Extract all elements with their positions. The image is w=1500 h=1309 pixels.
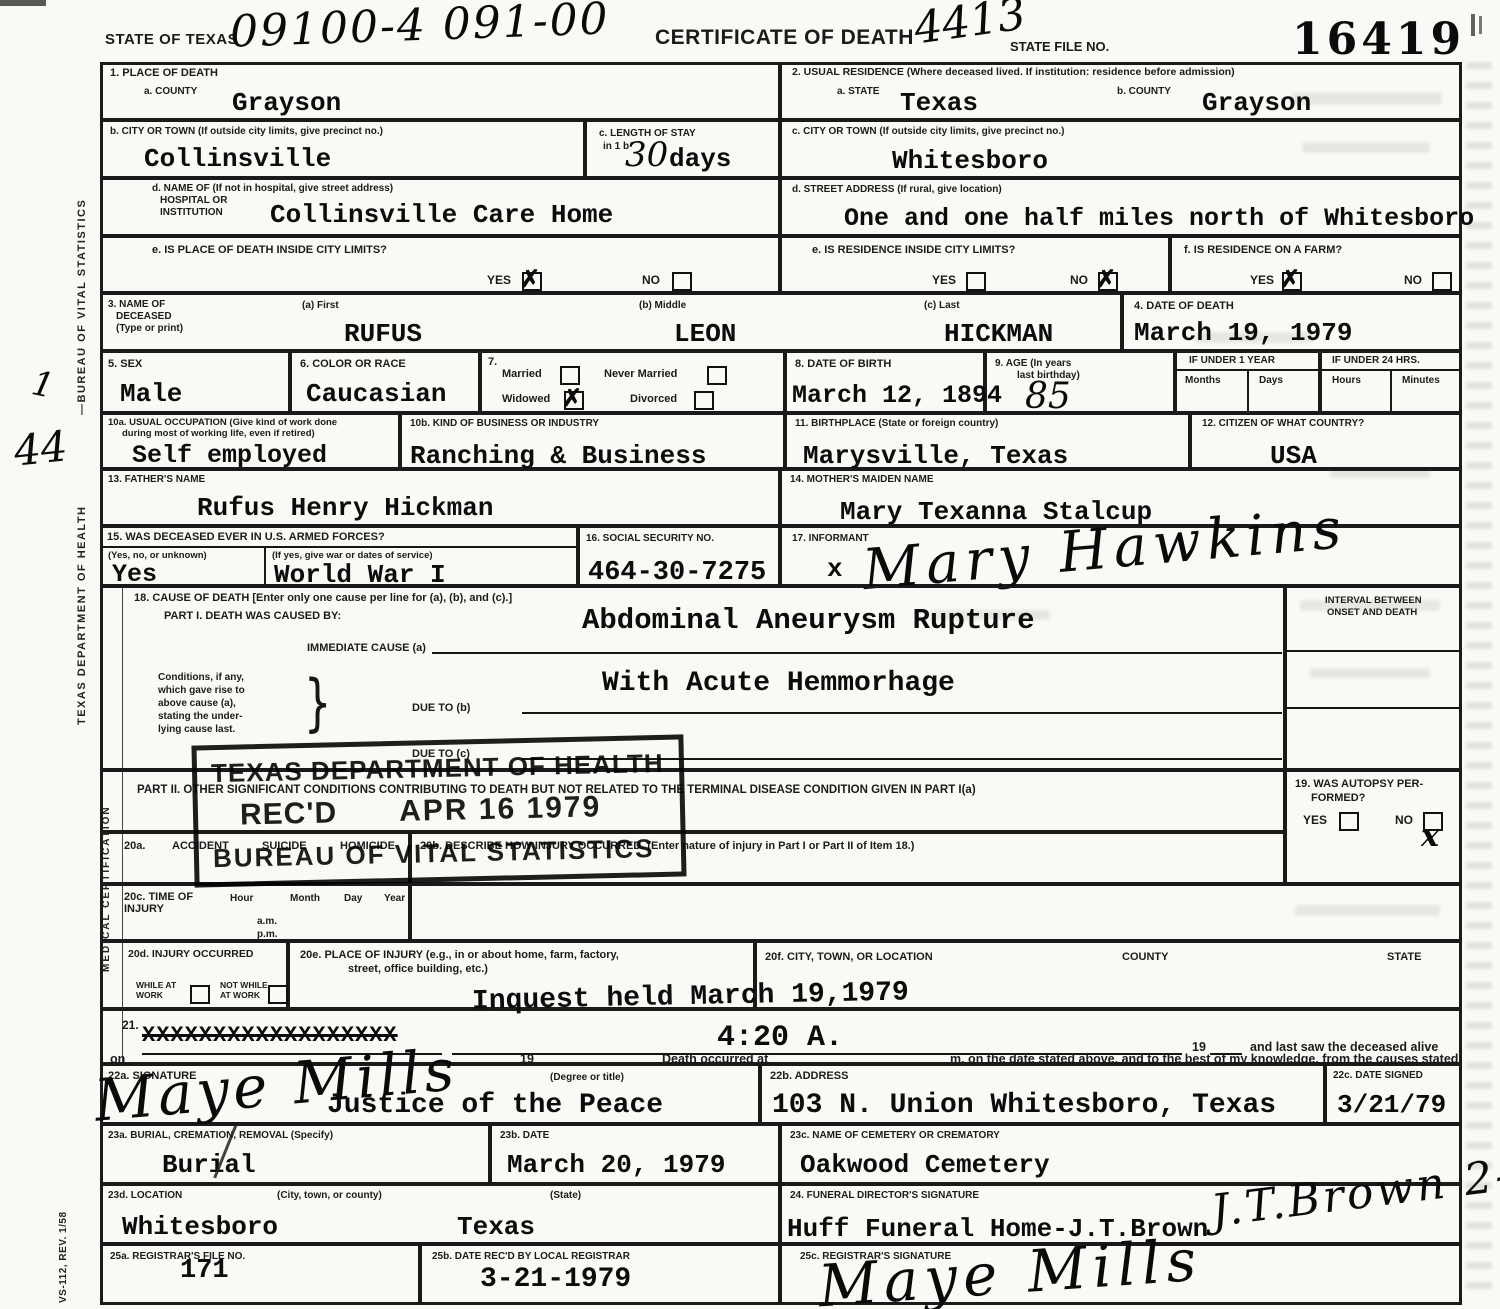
injury-city-label: 20f. CITY, TOWN, OR LOCATION: [765, 951, 933, 963]
burial-date-label: 23b. DATE: [500, 1130, 549, 1141]
field-date-of-death: 4. DATE OF DEATH March 19, 1979: [1122, 293, 1462, 351]
sex-value: Male: [120, 381, 182, 407]
field-place-of-death: 1. PLACE OF DEATH a. COUNTY Grayson: [100, 62, 780, 120]
yes-label: YES: [487, 274, 511, 287]
divider: [264, 546, 266, 584]
month-label: Month: [290, 893, 320, 904]
state-of-texas-label: STATE OF TEXAS: [105, 32, 238, 49]
checkbox-widowed: ✗: [564, 391, 584, 410]
not-while-label-1: NOT WHILE: [220, 981, 268, 990]
field-if-under-24-hrs: IF UNDER 24 HRS. Hours Minutes: [1320, 351, 1462, 413]
margin-bureau-label: —BUREAU OF VITAL STATISTICS: [76, 95, 88, 415]
residence-county-label: b. COUNTY: [1117, 86, 1171, 97]
county-label: a. COUNTY: [144, 86, 197, 97]
stamp-recd-label: REC'D: [240, 796, 338, 832]
registrar-file-no-value: 171: [180, 1258, 229, 1285]
field-street-address: d. STREET ADDRESS (If rural, give locati…: [780, 178, 1462, 236]
field-residence-city: c. CITY OR TOWN (If outside city limits,…: [780, 120, 1462, 178]
citizen-value: USA: [1270, 443, 1317, 469]
residence-city-label: c. CITY OR TOWN (If outside city limits,…: [792, 126, 1064, 137]
name-label-line2: DECEASED: [116, 311, 172, 322]
field-burial-type: 23a. BURIAL, CREMATION, REMOVAL (Specify…: [100, 1124, 490, 1184]
cemetery-label: 23c. NAME OF CEMETERY OR CREMATORY: [790, 1130, 1000, 1141]
conditions-note-line4: stating the under-: [158, 711, 242, 722]
brace-glyph: }: [304, 666, 332, 739]
no-label: NO: [1395, 814, 1413, 827]
field-sex: 5. SEX Male: [100, 351, 290, 413]
divider: [1287, 707, 1460, 709]
first-name-value: RUFUS: [344, 321, 422, 347]
immediate-cause-label: IMMEDIATE CAUSE (a): [307, 642, 426, 654]
hours-label: Hours: [1332, 375, 1361, 386]
date-of-birth-value: March 12, 1894: [792, 383, 1002, 408]
divider: [102, 546, 576, 548]
bleed-through-artifact: [1466, 62, 1492, 1292]
name-label-line3: (Type or print): [116, 323, 183, 334]
birthplace-value: Marysville, Texas: [803, 443, 1068, 469]
field-birthplace: 11. BIRTHPLACE (State or foreign country…: [785, 413, 1190, 469]
field-residence-farm: f. IS RESIDENCE ON A FARM? YES ✗ NO: [1170, 236, 1462, 293]
field-registrar-file-no: 25a. REGISTRAR'S FILE NO. 171: [100, 1244, 420, 1305]
occupation-label-line2: during most of working life, even if ret…: [122, 429, 315, 439]
yes-label: YES: [932, 274, 956, 287]
race-value: Caucasian: [306, 381, 446, 407]
burial-date-value: March 20, 1979: [507, 1152, 725, 1178]
location-sublabel-state: (State): [550, 1190, 581, 1201]
field-time-of-injury: 20c. TIME OF INJURY Hour Month Day Year …: [100, 884, 410, 941]
field-citizen: 12. CITIZEN OF WHAT COUNTRY? USA: [1190, 413, 1462, 469]
days-label: Days: [1259, 375, 1283, 386]
scan-mark: [1479, 16, 1482, 34]
residence-state-value: Texas: [900, 90, 978, 116]
date-of-death-value: March 19, 1979: [1134, 320, 1352, 346]
stamp-line1: TEXAS DEPARTMENT OF HEALTH: [211, 748, 666, 789]
field-autopsy: 19. WAS AUTOPSY PER- FORMED? YES NO x: [1285, 770, 1462, 884]
field-date-of-birth: 8. DATE OF BIRTH March 12, 1894: [785, 351, 985, 413]
stamp-line3: BUREAU OF VITAL STATISTICS: [213, 833, 668, 874]
residence-state-label: a. STATE: [837, 86, 879, 97]
street-address-label: d. STREET ADDRESS (If rural, give locati…: [792, 184, 1002, 195]
day-label: Day: [344, 893, 362, 904]
rule-line: [432, 652, 1282, 654]
time-of-injury-label-line2: INJURY: [124, 903, 164, 915]
field-date-signed: 22c. DATE SIGNED 3/21/79: [1325, 1064, 1462, 1124]
no-label: NO: [1404, 274, 1422, 287]
field-age: 9. AGE (In years last birthday) 85: [985, 351, 1175, 413]
not-while-label-2: AT WORK: [220, 991, 260, 1000]
first-name-label: (a) First: [302, 300, 339, 311]
birthplace-label: 11. BIRTHPLACE (State or foreign country…: [795, 418, 998, 429]
never-married-label: Never Married: [604, 368, 677, 380]
race-label: 6. COLOR OR RACE: [300, 358, 406, 370]
immediate-cause-value: Abdominal Aneurysm Rupture: [582, 606, 1034, 635]
interval-label-line2: ONSET AND DEATH: [1327, 608, 1417, 618]
death-city-label: b. CITY OR TOWN (If outside city limits,…: [110, 126, 383, 137]
field-marital-status: 7. Married Never Married Widowed ✗ Divor…: [480, 351, 785, 413]
father-name-value: Rufus Henry Hickman: [197, 495, 493, 521]
time-of-death-value: 4:20 A.: [717, 1023, 843, 1053]
scan-mark: [1471, 14, 1475, 36]
field-name-of-deceased: 3. NAME OF DECEASED (Type or print) (a) …: [100, 293, 1122, 351]
place-of-injury-label-line1: 20e. PLACE OF INJURY (e.g., in or about …: [300, 949, 619, 961]
year-label: Year: [384, 893, 405, 904]
checkbox-death-limits-no: [672, 272, 692, 291]
cause-of-death-label: 18. CAUSE OF DEATH [Enter only one cause…: [134, 592, 512, 604]
yes-label: YES: [1250, 274, 1274, 287]
autopsy-no-mark: x: [1421, 822, 1439, 852]
checkbox-x-mark: ✗: [562, 384, 582, 413]
autopsy-label-line1: 19. WAS AUTOPSY PER-: [1295, 778, 1423, 790]
am-label: a.m.: [257, 916, 277, 927]
checkbox-while-at-work: [190, 985, 210, 1004]
field-race: 6. COLOR OR RACE Caucasian: [290, 351, 480, 413]
date-signed-value: 3/21/79: [1337, 1092, 1446, 1118]
time-of-injury-label-line1: 20c. TIME OF: [124, 891, 193, 903]
due-to-b-label: DUE TO (b): [412, 702, 470, 714]
death-city-value: Collinsville: [144, 146, 331, 172]
handwritten-registration-number: 09100-4 091-00: [229, 0, 610, 55]
injury-occurred-label: 20d. INJURY OCCURRED: [128, 949, 253, 961]
field-hospital: d. NAME OF (If not in hospital, give str…: [100, 178, 780, 236]
informant-x: x: [827, 556, 843, 582]
divider: [1390, 369, 1392, 411]
medical-certification-divider: [122, 586, 123, 1064]
checkbox-married: [560, 366, 580, 385]
while-at-work-label-1: WHILE AT: [136, 981, 176, 990]
married-label: Married: [502, 368, 542, 380]
death-certificate-scan: —BUREAU OF VITAL STATISTICS TEXAS DEPART…: [0, 0, 1500, 1309]
checkbox-farm-no: [1432, 272, 1452, 291]
stay-unit-value: days: [669, 146, 731, 172]
cemetery-value: Oakwood Cemetery: [800, 1152, 1050, 1178]
ssn-label: 16. SOCIAL SECURITY NO.: [586, 533, 714, 544]
field-injury-occurred: 20d. INJURY OCCURRED WHILE AT WORK NOT W…: [100, 941, 288, 1009]
marital-label: 7.: [488, 356, 497, 368]
conditions-note-line1: Conditions, if any,: [158, 672, 244, 683]
last-name-label: (c) Last: [924, 300, 960, 311]
field-industry: 10b. KIND OF BUSINESS OR INDUSTRY Ranchi…: [400, 413, 785, 469]
field-time-of-injury-blank: [410, 884, 1462, 941]
conditions-note-line3: above cause (a),: [158, 698, 236, 709]
residence-county-value: Grayson: [1202, 90, 1311, 116]
field-cause-of-death: 18. CAUSE OF DEATH [Enter only one cause…: [100, 586, 1285, 770]
received-stamp: TEXAS DEPARTMENT OF HEALTH REC'D APR 16 …: [191, 734, 686, 887]
citizen-label: 12. CITIZEN OF WHAT COUNTRY?: [1202, 418, 1364, 429]
burial-type-value: Burial: [162, 1152, 256, 1178]
date-of-death-label: 4. DATE OF DEATH: [1134, 300, 1234, 312]
field-death-city: b. CITY OR TOWN (If outside city limits,…: [100, 120, 585, 178]
no-label: NO: [642, 274, 660, 287]
residence-farm-label: f. IS RESIDENCE ON A FARM?: [1184, 244, 1342, 256]
field-occupation: 10a. USUAL OCCUPATION (Give kind of work…: [100, 413, 400, 469]
injury-county-label: COUNTY: [1122, 951, 1168, 963]
months-label: Months: [1185, 375, 1221, 386]
death-county-value: Grayson: [232, 90, 341, 116]
checkbox-farm-yes: ✗: [1282, 272, 1302, 291]
widowed-label: Widowed: [502, 393, 550, 405]
part1-label: PART I. DEATH WAS CAUSED BY:: [164, 610, 341, 622]
checkbox-res-limits-no: ✗: [1098, 272, 1118, 291]
pm-label: p.m.: [257, 929, 278, 940]
field-ssn: 16. SOCIAL SECURITY NO. 464-30-7275: [578, 526, 780, 586]
residence-city-limits-label: e. IS RESIDENCE INSIDE CITY LIMITS?: [812, 244, 1015, 256]
field-informant: 17. INFORMANT x Mary Hawkins: [780, 526, 1462, 586]
place-of-injury-label-line2: street, office building, etc.): [348, 963, 488, 975]
registrar-date-value: 3-21-1979: [480, 1266, 631, 1294]
usual-residence-label: 2. USUAL RESIDENCE (Where deceased lived…: [792, 67, 1235, 79]
state-file-no-label: STATE FILE NO.: [1010, 40, 1109, 54]
field-length-of-stay: c. LENGTH OF STAY in 1 b 30 days: [585, 120, 780, 178]
industry-label: 10b. KIND OF BUSINESS OR INDUSTRY: [410, 418, 599, 429]
ssn-value: 464-30-7275: [588, 560, 766, 587]
yes-label: YES: [1303, 814, 1327, 827]
hour-label: Hour: [230, 893, 253, 904]
field-certifier-signature: 22a. SIGNATURE Maye Mills (Degree or tit…: [100, 1064, 760, 1124]
age-value: 85: [1025, 379, 1071, 415]
location-label: 23d. LOCATION: [108, 1190, 182, 1201]
certifier-address-value: 103 N. Union Whitesboro, Texas: [772, 1092, 1276, 1120]
address-label: 22b. ADDRESS: [770, 1070, 848, 1082]
margin-handwritten-1: 1: [29, 366, 57, 404]
checkbox-res-limits-yes: [966, 272, 986, 291]
while-at-work-label-2: WORK: [136, 991, 163, 1000]
war-service-value: World War I: [274, 562, 446, 588]
field-registrar-signature: 25c. REGISTRAR'S SIGNATURE Maye Mills: [780, 1244, 1462, 1305]
form-code-label: VS-112, REV. 1/58: [58, 1148, 69, 1303]
scan-edge-smudge: [0, 0, 46, 6]
margin-dept-label: TEXAS DEPARTMENT OF HEALTH: [76, 425, 88, 725]
father-name-label: 13. FATHER'S NAME: [108, 474, 205, 485]
certifier-title-value: Justice of the Peace: [327, 1092, 663, 1120]
state-file-number-stamp: 16419: [1292, 14, 1465, 65]
checkbox-death-limits-yes: ✗: [522, 272, 542, 291]
under-24-hrs-label: IF UNDER 24 HRS.: [1332, 355, 1420, 366]
hospital-label-line1: d. NAME OF (If not in hospital, give str…: [152, 183, 393, 194]
field-registrar-date: 25b. DATE REC'D BY LOCAL REGISTRAR 3-21-…: [420, 1244, 780, 1305]
checkbox-never-married: [707, 366, 727, 385]
field-armed-forces: 15. WAS DECEASED EVER IN U.S. ARMED FORC…: [100, 526, 578, 586]
medical-certification-label: MEDICAL CERTIFICATION: [101, 742, 112, 972]
middle-name-value: LEON: [674, 321, 736, 347]
death-city-limits-label: e. IS PLACE OF DEATH INSIDE CITY LIMITS?: [152, 244, 387, 256]
armed-forces-label: 15. WAS DECEASED EVER IN U.S. ARMED FORC…: [107, 531, 385, 543]
field-residence-city-limits: e. IS RESIDENCE INSIDE CITY LIMITS? YES …: [780, 236, 1170, 293]
checkbox-not-while-at-work: [268, 985, 288, 1004]
field-if-under-1-year: IF UNDER 1 YEAR Months Days: [1175, 351, 1320, 413]
occupation-label-line1: 10a. USUAL OCCUPATION (Give kind of work…: [108, 418, 337, 428]
last-name-value: HICKMAN: [944, 321, 1053, 347]
checkbox-x-mark: ✗: [1096, 265, 1116, 294]
divorced-label: Divorced: [630, 393, 677, 405]
checkbox-autopsy-yes: [1339, 812, 1359, 831]
stamp-date: APR 16 1979: [399, 790, 602, 829]
occupation-value: Self employed: [132, 443, 327, 468]
field-death-city-limits: e. IS PLACE OF DEATH INSIDE CITY LIMITS?…: [100, 236, 780, 293]
injury-state-label: STATE: [1387, 951, 1421, 963]
autopsy-label-line2: FORMED?: [1311, 792, 1365, 804]
field-usual-residence: 2. USUAL RESIDENCE (Where deceased lived…: [780, 62, 1462, 120]
interval-label-line1: INTERVAL BETWEEN: [1325, 596, 1422, 606]
divider: [1287, 650, 1460, 652]
hospital-label-line2: HOSPITAL OR: [160, 195, 227, 206]
21-label: 21.: [122, 1019, 139, 1032]
due-to-b-value: With Acute Hemmorhage: [602, 670, 955, 698]
no-label: NO: [1070, 274, 1088, 287]
place-of-death-label: 1. PLACE OF DEATH: [110, 67, 218, 79]
sex-label: 5. SEX: [108, 358, 142, 370]
burial-state-value: Texas: [457, 1214, 535, 1240]
certificate-title: CERTIFICATE OF DEATH: [655, 26, 914, 49]
field-burial-date: 23b. DATE March 20, 1979: [490, 1124, 780, 1184]
conditions-note-line2: which gave rise to: [158, 685, 245, 696]
name-label-line1: 3. NAME OF: [108, 299, 165, 310]
informant-label: 17. INFORMANT: [792, 533, 869, 544]
stay-number-value: 30: [625, 138, 668, 172]
field-father-name: 13. FATHER'S NAME Rufus Henry Hickman: [100, 469, 780, 526]
minutes-label: Minutes: [1402, 375, 1440, 386]
field-interval-column: INTERVAL BETWEEN ONSET AND DEATH: [1285, 586, 1462, 770]
burial-city-value: Whitesboro: [122, 1214, 278, 1240]
location-sublabel-city: (City, town, or county): [277, 1190, 382, 1201]
date-of-birth-label: 8. DATE OF BIRTH: [795, 358, 891, 370]
conditions-note-line5: lying cause last.: [158, 724, 235, 735]
rule-line: [522, 712, 1282, 714]
street-address-value: One and one half miles north of Whitesbo…: [844, 206, 1474, 231]
divider: [1247, 369, 1249, 411]
registrar-date-label: 25b. DATE REC'D BY LOCAL REGISTRAR: [432, 1251, 630, 1262]
hospital-value: Collinsville Care Home: [270, 202, 613, 228]
funeral-director-label: 24. FUNERAL DIRECTOR'S SIGNATURE: [790, 1190, 979, 1201]
date-signed-label: 22c. DATE SIGNED: [1333, 1070, 1423, 1081]
armed-forces-answer: Yes: [112, 562, 157, 587]
checkbox-divorced: [694, 391, 714, 410]
burial-type-label: 23a. BURIAL, CREMATION, REMOVAL (Specify…: [108, 1130, 333, 1141]
degree-or-title-label: (Degree or title): [550, 1072, 624, 1083]
mother-name-label: 14. MOTHER'S MAIDEN NAME: [790, 474, 934, 485]
hospital-label-line3: INSTITUTION: [160, 207, 223, 218]
checkbox-x-mark: ✗: [1280, 265, 1300, 294]
under-1-year-label: IF UNDER 1 YEAR: [1189, 355, 1275, 366]
margin-handwritten-44: 44: [12, 425, 70, 472]
industry-value: Ranching & Business: [410, 443, 706, 469]
checkbox-x-mark: ✗: [520, 265, 540, 294]
middle-name-label: (b) Middle: [639, 300, 686, 311]
20a-label: 20a.: [124, 840, 145, 852]
field-certifier-address: 22b. ADDRESS 103 N. Union Whitesboro, Te…: [760, 1064, 1325, 1124]
field-burial-location: 23d. LOCATION (City, town, or county) (S…: [100, 1184, 780, 1244]
residence-city-value: Whitesboro: [892, 148, 1048, 174]
age-label-line1: 9. AGE (In years: [995, 358, 1071, 369]
